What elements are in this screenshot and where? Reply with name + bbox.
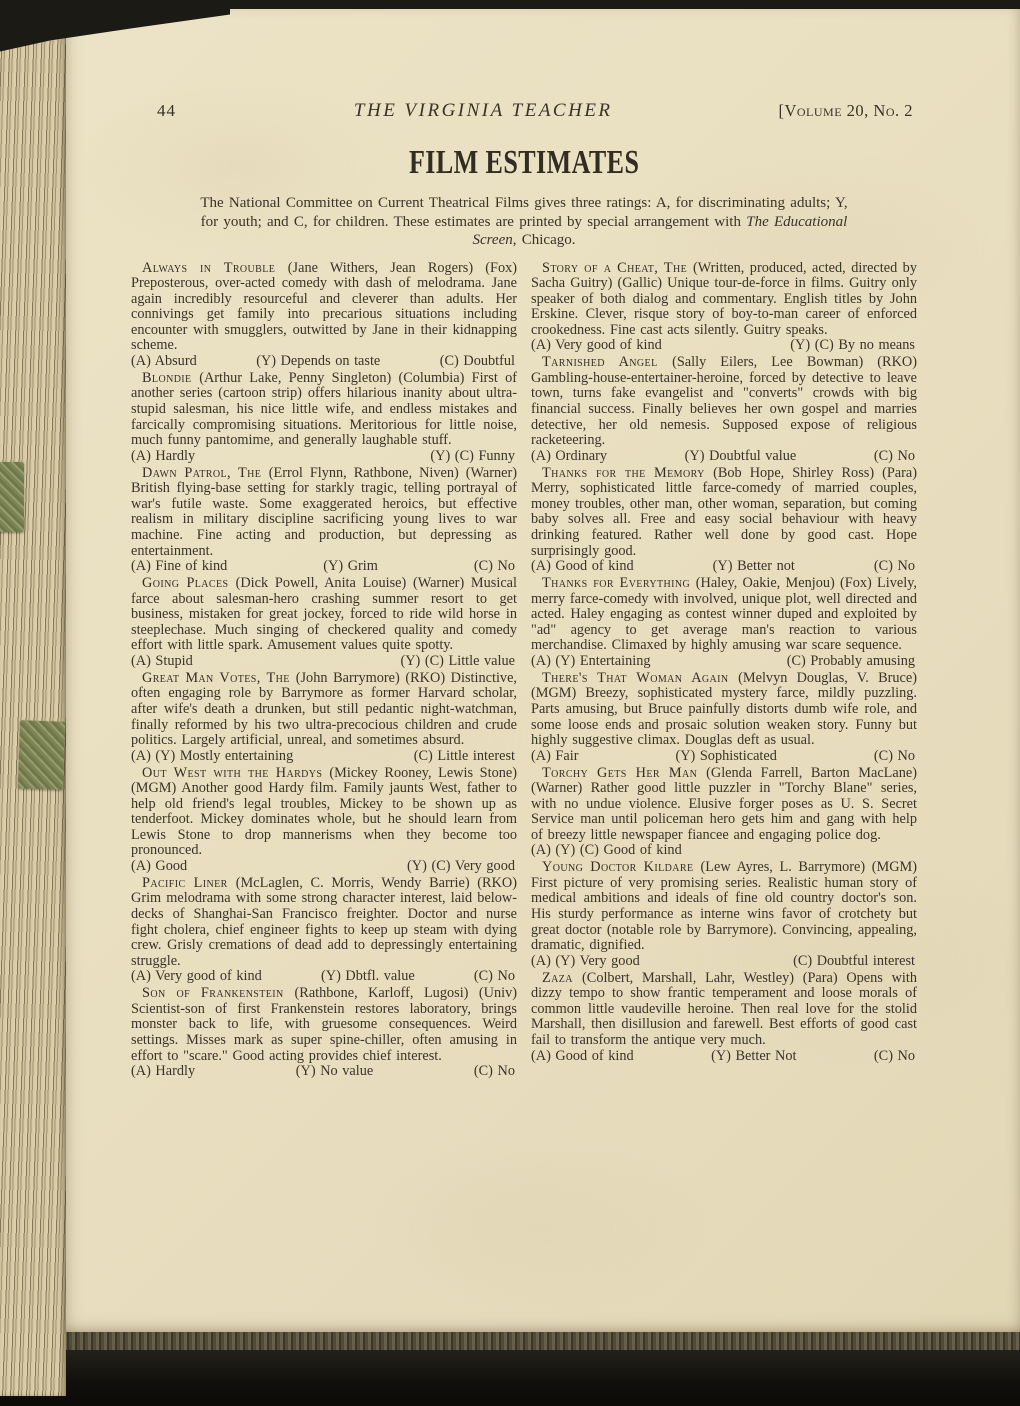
film-ratings: (A) Fine of kind(Y) Grim(C) No [131, 559, 517, 575]
book-left-page-edges [0, 22, 66, 1396]
film-review: Out West with the Hardys (Mickey Rooney,… [131, 766, 517, 875]
article-title: FILM ESTIMATES [409, 143, 639, 182]
film-title: Always in Trouble [142, 260, 288, 276]
rating-segment: (A) Good of kind [531, 559, 634, 575]
right-column: Story of a Cheat, The (Written, produced… [531, 261, 917, 1082]
rating-segment: (A) Good of kind [531, 1049, 634, 1065]
film-ratings: (A) (Y) (C) Good of kind [531, 843, 917, 859]
film-review: Zaza (Colbert, Marshall, Lahr, Westley) … [531, 971, 917, 1065]
rating-segment: (A) Hardly [131, 1064, 195, 1080]
rating-segment: (C) Doubtful interest [793, 954, 915, 970]
film-review: Tarnished Angel (Sally Eilers, Lee Bowma… [531, 355, 917, 464]
film-title: Dawn Patrol, The [142, 465, 269, 481]
rating-segment: (A) Good [131, 859, 187, 875]
film-review-text: Son of Frankenstein (Rathbone, Karloff, … [131, 986, 517, 1064]
film-ratings: (A) Ordinary(Y) Doubtful value(C) No [531, 449, 917, 465]
film-ratings: (A) Good of kind(Y) Better Not(C) No [531, 1049, 917, 1065]
film-review-text: Young Doctor Kildare (Lew Ayres, L. Barr… [531, 860, 917, 954]
film-title: Pacific Liner [142, 875, 236, 891]
volume-issue-label: [Volume 20, No. 2 [778, 101, 913, 121]
scan-dark-top-edge [180, 0, 1020, 9]
rating-segment: (A) Fine of kind [131, 559, 227, 575]
film-review-text: Great Man Votes, The (John Barrymore) (R… [131, 671, 517, 749]
film-review: Son of Frankenstein (Rathbone, Karloff, … [131, 986, 517, 1080]
left-column: Always in Trouble (Jane Withers, Jean Ro… [131, 261, 517, 1082]
film-review-text: Tarnished Angel (Sally Eilers, Lee Bowma… [531, 355, 917, 449]
film-review: Dawn Patrol, The (Errol Flynn, Rathbone,… [131, 466, 517, 575]
rating-segment: (C) No [474, 1064, 515, 1080]
rating-segment: (A) (Y) Very good [531, 954, 640, 970]
film-ratings: (A) (Y) Very good(C) Doubtful interest [531, 954, 917, 970]
rating-segment: (C) No [874, 749, 915, 765]
film-review-text: Torchy Gets Her Man (Glenda Farrell, Bar… [531, 766, 917, 844]
rating-segment: (Y) Sophisticated [675, 749, 776, 765]
rating-segment: (Y) No value [296, 1064, 373, 1080]
film-ratings: (A) Hardly(Y) (C) Funny [131, 449, 517, 465]
rating-segment: (A) (Y) (C) Good of kind [531, 843, 682, 859]
film-ratings: (A) (Y) Entertaining(C) Probably amusing [531, 654, 917, 670]
rating-segment: (C) Little interest [414, 749, 515, 765]
film-ratings: (A) Absurd(Y) Depends on taste(C) Doubtf… [131, 354, 517, 370]
film-title: Son of Frankenstein [142, 985, 295, 1001]
rating-segment: (Y) Depends on taste [256, 354, 380, 370]
film-review: Always in Trouble (Jane Withers, Jean Ro… [131, 261, 517, 370]
rating-segment: (A) Hardly [131, 449, 195, 465]
film-review: There's That Woman Again (Melvyn Douglas… [531, 671, 917, 765]
film-description: (Colbert, Marshall, Lahr, Westley) (Para… [531, 970, 917, 1048]
film-review: Pacific Liner (McLaglen, C. Morris, Wend… [131, 876, 517, 985]
printed-page-content: 44 THE VIRGINIA TEACHER [Volume 20, No. … [131, 100, 917, 1081]
rating-segment: (C) No [874, 449, 915, 465]
film-review-text: Pacific Liner (McLaglen, C. Morris, Wend… [131, 876, 517, 970]
film-ratings: (A) Very good of kind(Y) Dbtfl. value(C)… [131, 969, 517, 985]
film-review-text: Thanks for the Memory (Bob Hope, Shirley… [531, 466, 917, 560]
film-review-text: Blondie (Arthur Lake, Penny Singleton) (… [131, 371, 517, 449]
rating-segment: (A) Very good of kind [531, 338, 662, 354]
intro-text-after: , Chicago. [513, 232, 576, 248]
film-title: Blondie [142, 370, 199, 386]
rating-segment: (Y) Doubtful value [685, 449, 797, 465]
rating-segment: (A) Stupid [131, 654, 193, 670]
rating-segment: (C) No [474, 969, 515, 985]
film-title: Story of a Cheat, The [542, 260, 693, 276]
film-review: Great Man Votes, The (John Barrymore) (R… [131, 671, 517, 765]
film-title: Going Places [142, 575, 236, 591]
film-ratings: (A) Stupid(Y) (C) Little value [131, 654, 517, 670]
film-ratings: (A) Good of kind(Y) Better not(C) No [531, 559, 917, 575]
rating-segment: (A) Fair [531, 749, 578, 765]
rating-segment: (A) (Y) Entertaining [531, 654, 651, 670]
film-review-text: Out West with the Hardys (Mickey Rooney,… [131, 766, 517, 860]
rating-segment: (Y) Dbtfl. value [321, 969, 415, 985]
film-review: Torchy Gets Her Man (Glenda Farrell, Bar… [531, 766, 917, 860]
rating-segment: (C) Probably amusing [787, 654, 915, 670]
film-review-text: Dawn Patrol, The (Errol Flynn, Rathbone,… [131, 466, 517, 560]
film-review-text: Zaza (Colbert, Marshall, Lahr, Westley) … [531, 971, 917, 1049]
rating-segment: (C) No [474, 559, 515, 575]
film-ratings: (A) Very good of kind(Y) (C) By no means [531, 338, 917, 354]
film-title: Thanks for the Memory [542, 465, 713, 481]
rating-segment: (Y) (C) Little value [400, 654, 515, 670]
film-review: Story of a Cheat, The (Written, produced… [531, 261, 917, 355]
rating-segment: (Y) Grim [323, 559, 378, 575]
film-review-text: Thanks for Everything (Haley, Oakie, Men… [531, 576, 917, 654]
film-review-text: Always in Trouble (Jane Withers, Jean Ro… [131, 261, 517, 355]
rating-segment: (A) (Y) Mostly entertaining [131, 749, 293, 765]
film-title: There's That Woman Again [542, 670, 738, 686]
rating-segment: (Y) Better Not [711, 1049, 796, 1065]
rating-segment: (Y) (C) By no means [790, 338, 915, 354]
rating-segment: (Y) (C) Very good [407, 859, 515, 875]
rating-segment: (Y) (C) Funny [430, 449, 515, 465]
film-title: Thanks for Everything [542, 575, 696, 591]
page-number: 44 [157, 101, 176, 121]
bookmark-tab-lower [18, 720, 65, 790]
running-head: 44 THE VIRGINIA TEACHER [Volume 20, No. … [131, 100, 917, 122]
film-ratings: (A) Fair(Y) Sophisticated(C) No [531, 749, 917, 765]
film-title: Tarnished Angel [542, 354, 672, 370]
film-review: Going Places (Dick Powell, Anita Louise)… [131, 576, 517, 670]
rating-segment: (Y) Better not [713, 559, 795, 575]
bookmark-tab-upper [0, 462, 24, 532]
scan-dark-bottom-edge [0, 1350, 1020, 1406]
film-review: Thanks for the Memory (Bob Hope, Shirley… [531, 466, 917, 575]
film-review-text: Going Places (Dick Powell, Anita Louise)… [131, 576, 517, 654]
film-review: Young Doctor Kildare (Lew Ayres, L. Barr… [531, 860, 917, 969]
rating-segment: (C) No [874, 1049, 915, 1065]
film-title: Zaza [542, 970, 582, 986]
article-title-wrap: FILM ESTIMATES [131, 144, 917, 180]
rating-segment: (A) Absurd [131, 354, 197, 370]
rating-segment: (C) No [874, 559, 915, 575]
film-title: Torchy Gets Her Man [542, 765, 706, 781]
film-title: Young Doctor Kildare [542, 859, 700, 875]
film-ratings: (A) Good(Y) (C) Very good [131, 859, 517, 875]
film-ratings: (A) Hardly(Y) No value(C) No [131, 1064, 517, 1080]
film-review: Thanks for Everything (Haley, Oakie, Men… [531, 576, 917, 670]
book-bottom-page-edges [0, 1332, 1020, 1352]
rating-segment: (C) Doubtful [440, 354, 515, 370]
film-review-text: There's That Woman Again (Melvyn Douglas… [531, 671, 917, 749]
film-review: Blondie (Arthur Lake, Penny Singleton) (… [131, 371, 517, 465]
article-intro: The National Committee on Current Theatr… [200, 194, 848, 250]
rating-segment: (A) Very good of kind [131, 969, 262, 985]
film-title: Out West with the Hardys [142, 765, 329, 781]
review-columns: Always in Trouble (Jane Withers, Jean Ro… [131, 261, 917, 1082]
rating-segment: (A) Ordinary [531, 449, 607, 465]
film-title: Great Man Votes, The [142, 670, 296, 686]
film-review-text: Story of a Cheat, The (Written, produced… [531, 261, 917, 339]
journal-title: THE VIRGINIA TEACHER [354, 100, 613, 122]
film-ratings: (A) (Y) Mostly entertaining(C) Little in… [131, 749, 517, 765]
